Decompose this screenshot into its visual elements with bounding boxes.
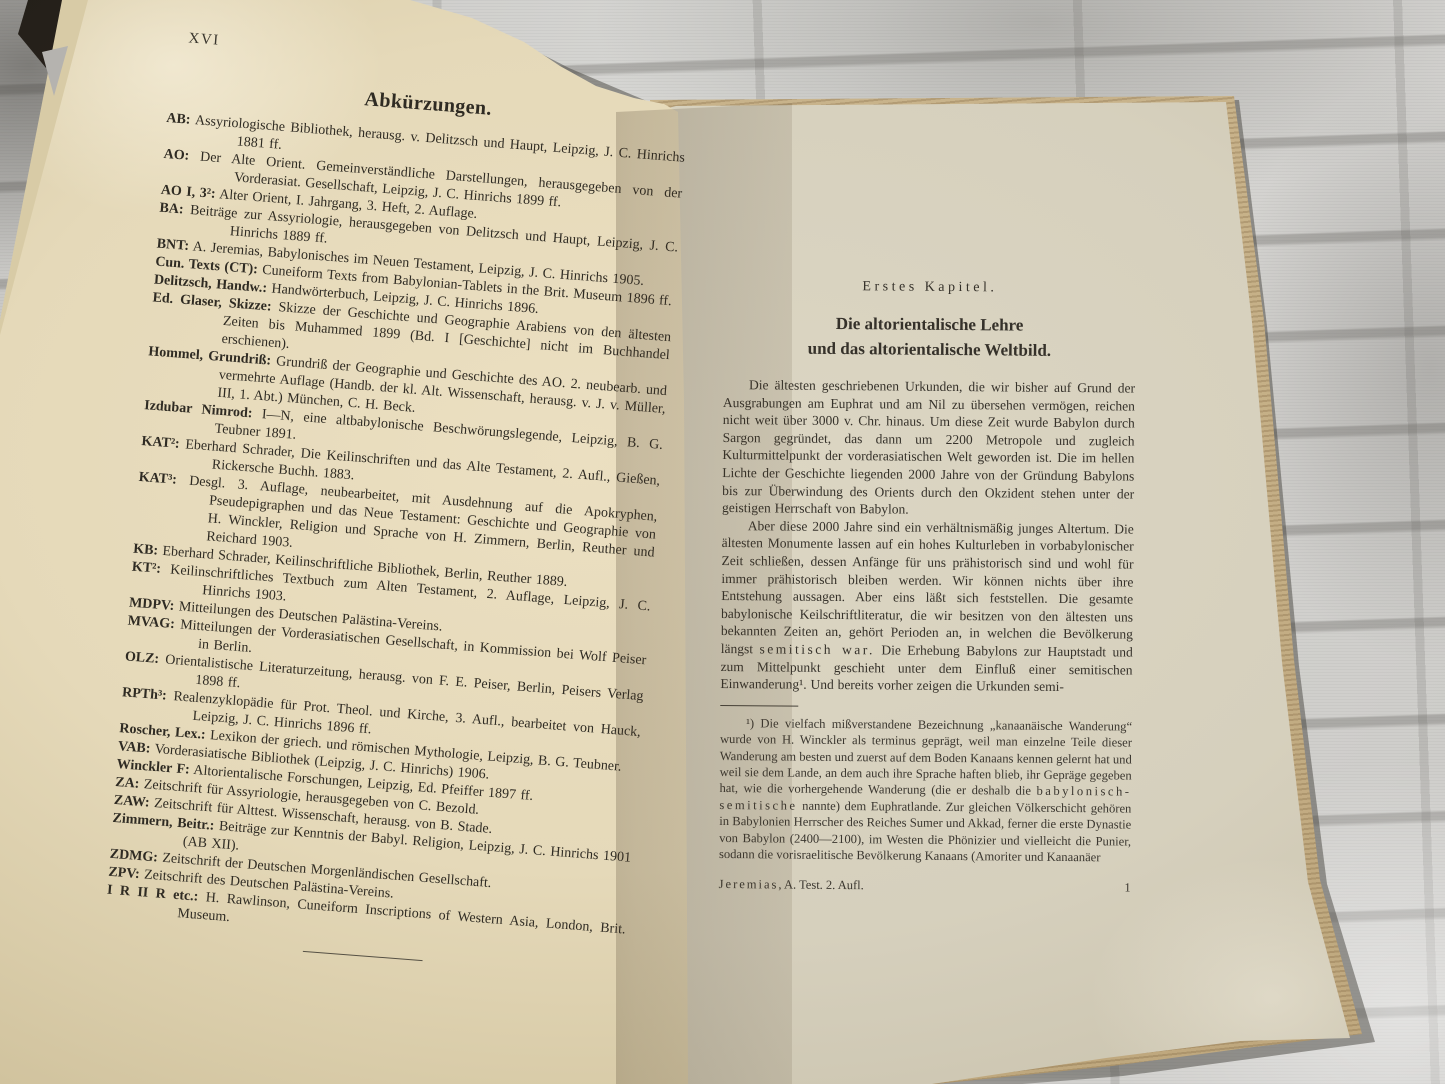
abbr-label: MVAG: xyxy=(127,613,175,632)
abbr-label: AB: xyxy=(166,111,191,128)
book-photo-scene: XVI Abkürzungen. AB: Assyriologische Bib… xyxy=(0,0,1445,1084)
signature-line: Jeremias, A. Test. 2. Aufl. xyxy=(719,877,864,893)
abbr-label: AO: xyxy=(163,147,190,164)
letterspaced-phrase: semitisch war. xyxy=(759,641,874,657)
signature-rest: , A. Test. 2. Aufl. xyxy=(778,878,863,893)
abbr-label: VAB: xyxy=(117,739,150,756)
chapter-label: Erstes Kapitel. xyxy=(724,278,1136,298)
footnote: ¹) Die vielfach mißverstandene Bezeichnu… xyxy=(719,715,1132,866)
footnote-divider xyxy=(720,705,798,707)
abbr-label: ZDMG: xyxy=(109,847,158,866)
abbr-label: ZA: xyxy=(115,775,140,792)
abbreviations-column: Abkürzungen. AB: Assyriologische Bibliot… xyxy=(103,73,688,976)
abbr-label: AO I, 3²: xyxy=(160,183,216,202)
abbr-label: KB: xyxy=(133,542,159,559)
abbr-label: BNT: xyxy=(156,237,189,254)
signature-author: Jeremias xyxy=(719,877,779,892)
abbr-label: MDPV: xyxy=(129,596,175,614)
paragraph-2-text: Aber diese 2000 Jahre sind ein verhältni… xyxy=(721,518,1134,656)
abbr-label: OLZ: xyxy=(124,649,159,667)
abbr-label: KT²: xyxy=(131,560,161,577)
abbr-label: RPTh³: xyxy=(122,685,168,703)
abbr-label: ZPV: xyxy=(108,865,140,882)
abbr-label: ZAW: xyxy=(113,793,150,811)
abbr-label: BA: xyxy=(159,201,184,218)
paragraph-2: Aber diese 2000 Jahre sind ein verhältni… xyxy=(720,517,1134,697)
chapter-title: Die altorientalische Lehre und das altor… xyxy=(723,310,1135,364)
left-page-content: XVI Abkürzungen. AB: Assyriologische Bib… xyxy=(64,70,677,975)
chapter-title-line1: Die altorientalische Lehre xyxy=(836,314,1024,335)
abbr-label: KAT²: xyxy=(141,434,180,452)
left-page-number: XVI xyxy=(188,30,220,49)
chapter-title-line2: und das altorientalische Weltbild. xyxy=(808,339,1052,360)
abbr-label: KAT³: xyxy=(138,470,177,488)
right-page-number: 1 xyxy=(1124,881,1130,896)
right-page-content: Erstes Kapitel. Die altorientalische Leh… xyxy=(719,278,1136,896)
paragraph-1: Die ältesten geschriebenen Urkunden, die… xyxy=(722,376,1135,520)
